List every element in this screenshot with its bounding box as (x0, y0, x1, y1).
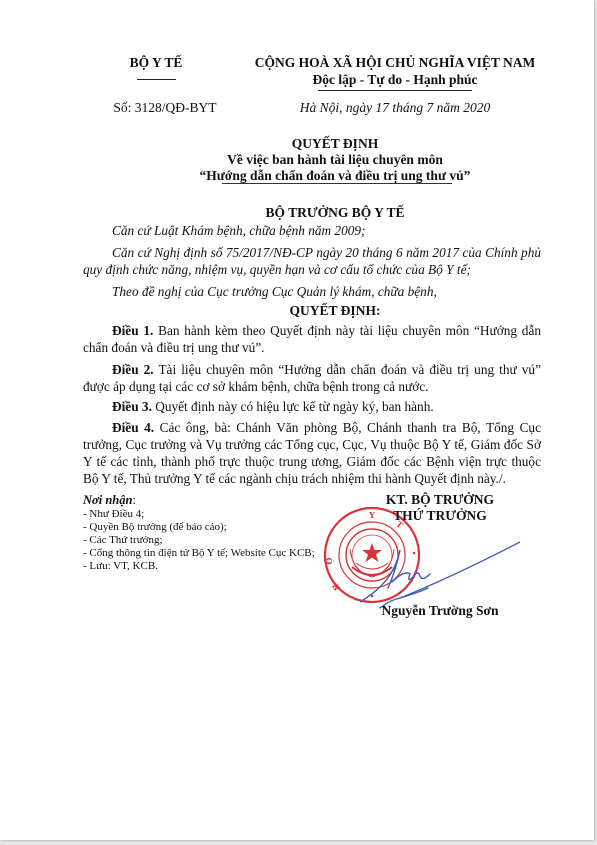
svg-text:Ộ: Ộ (324, 557, 334, 564)
signer-name: Nguyễn Trường Sơn (340, 603, 540, 619)
place-and-date: Hà Nội, ngày 17 tháng 7 năm 2020 (240, 100, 550, 116)
issuing-authority: BỘ TRƯỞNG BỘ Y TẾ (120, 205, 550, 221)
decision-heading: QUYẾT ĐỊNH: (120, 303, 550, 319)
signing-authority: KT. BỘ TRƯỞNG (340, 492, 540, 508)
document-number: Số: 3128/QĐ-BYT (100, 100, 230, 116)
article-label: Điều 1. (112, 323, 153, 338)
recipient-item: - Lưu: VT, KCB. (83, 560, 315, 573)
agency-name: BỘ Y TẾ (100, 55, 212, 71)
recipients-list: - Như Điều 4; - Quyền Bộ trưởng (để báo … (83, 508, 315, 573)
title-underline (222, 183, 452, 184)
article-2: Điều 2. Tài liệu chuyên môn “Hướng dẫn c… (83, 361, 541, 395)
national-title: CỘNG HOÀ XÃ HỘI CHỦ NGHĨA VIỆT NAM (240, 55, 550, 71)
article-label: Điều 3. (112, 399, 152, 414)
legal-basis-2: Căn cứ Nghị định số 75/2017/NĐ-CP ngày 2… (83, 244, 541, 278)
svg-text:B: B (330, 581, 342, 593)
recipient-item: - Các Thứ trưởng; (83, 534, 315, 547)
article-1: Điều 1. Ban hành kèm theo Quyết định này… (83, 322, 541, 356)
signer-position: THỨ TRƯỞNG (340, 508, 540, 524)
agency-underline (137, 79, 176, 80)
recipient-item: - Như Điều 4; (83, 508, 315, 521)
article-label: Điều 4. (112, 420, 154, 435)
document-type: QUYẾT ĐỊNH (120, 136, 550, 152)
motto-underline (318, 90, 472, 91)
national-motto: Độc lập - Tự do - Hạnh phúc (240, 72, 550, 88)
article-3: Điều 3. Quyết định này có hiệu lực kể từ… (83, 398, 541, 415)
article-4: Điều 4. Các ông, bà: Chánh Văn phòng Bộ,… (83, 419, 541, 487)
recipients-heading: Nơi nhận: (83, 493, 136, 508)
legal-basis-3: Theo đề nghị của Cục trưởng Cục Quản lý … (83, 283, 541, 300)
article-text: Quyết định này có hiệu lực kể từ ngày ký… (152, 399, 434, 414)
document-name: “Hướng dẫn chẩn đoán và điều trị ung thư… (120, 168, 550, 184)
recipient-item: - Quyền Bộ trưởng (để báo cáo); (83, 521, 315, 534)
recipient-item: - Cổng thông tin điện tử Bộ Y tế; Websit… (83, 547, 315, 560)
article-label: Điều 2. (112, 362, 154, 377)
handwritten-signature-icon (360, 530, 520, 610)
document-page: BỘ Y TẾ Số: 3128/QĐ-BYT CỘNG HOÀ XÃ HỘI … (0, 0, 594, 840)
document-subject: Về việc ban hành tài liệu chuyên môn (120, 152, 550, 168)
legal-basis-1: Căn cứ Luật Khám bệnh, chữa bệnh năm 200… (83, 222, 541, 239)
